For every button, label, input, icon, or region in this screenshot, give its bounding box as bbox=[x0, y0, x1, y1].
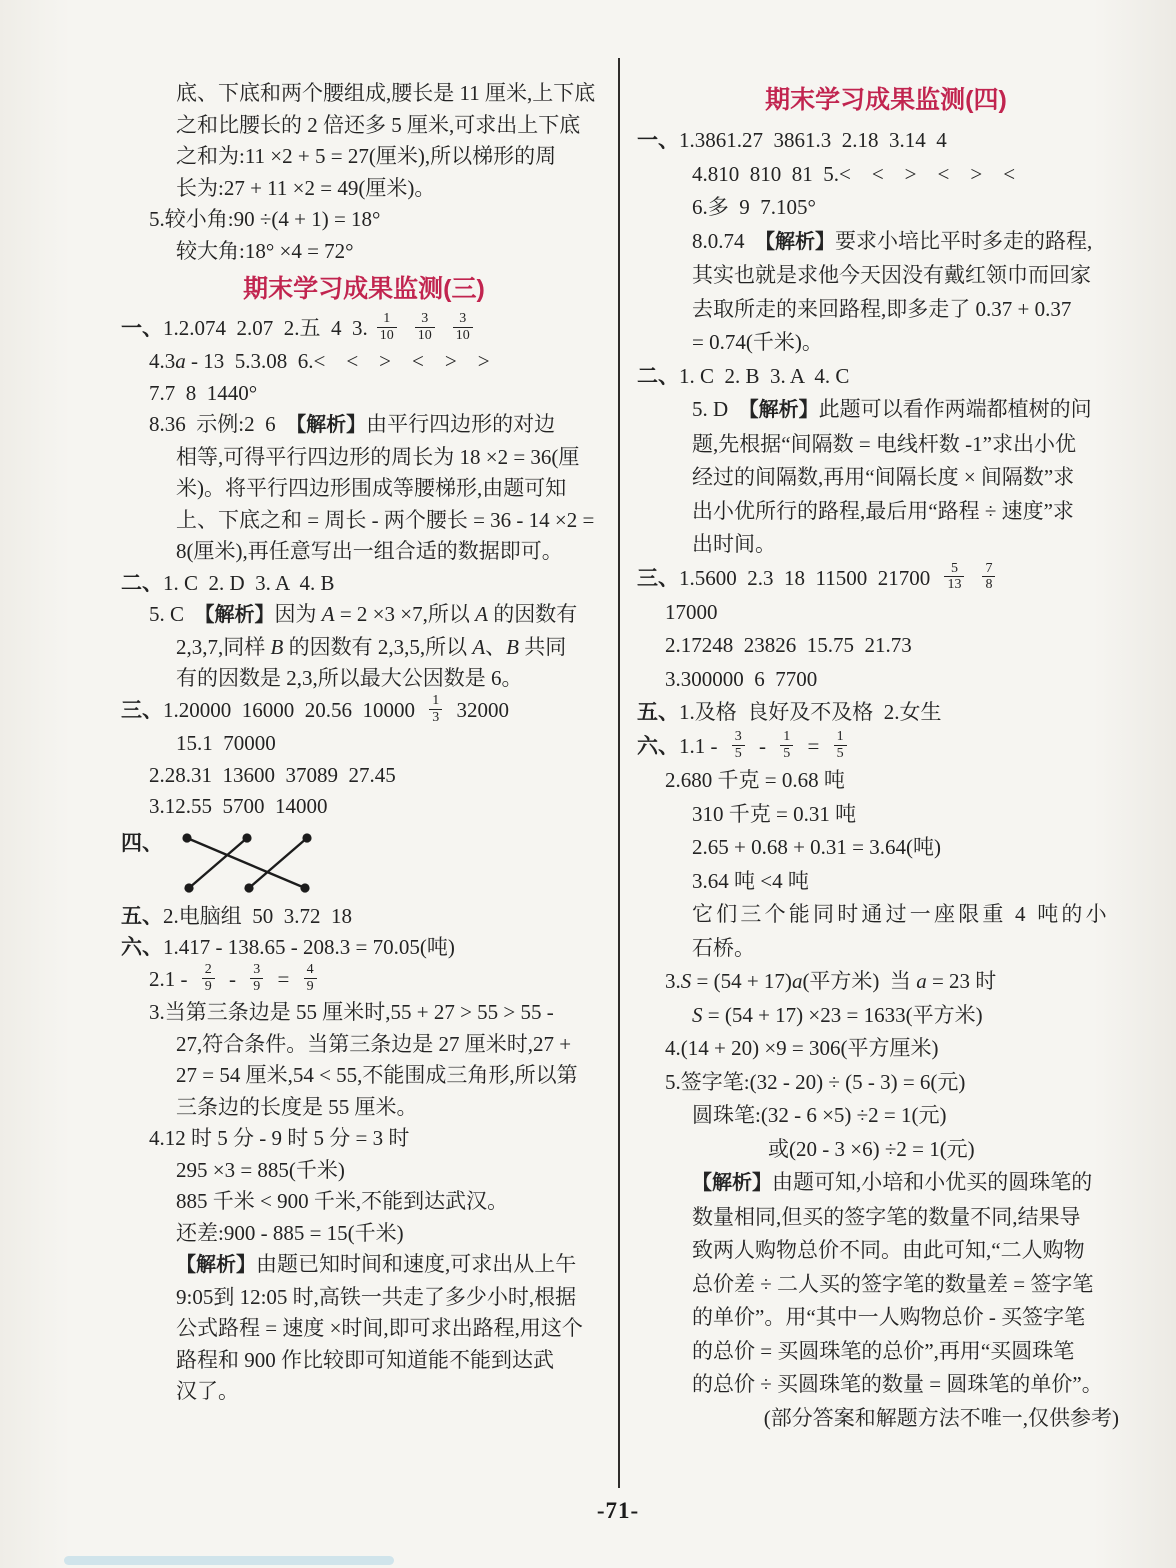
answer-line: 17000 bbox=[637, 596, 1135, 630]
text-run: A bbox=[322, 602, 335, 626]
text-run: 27 = 54 厘米,54 < 55,不能围成三角形,所以第 bbox=[176, 1063, 578, 1087]
text-run: 石桥。 bbox=[692, 936, 755, 960]
section-marker: 二、 bbox=[637, 364, 679, 388]
text-run: 致两人购物总价不同。由此可知,“二人购物 bbox=[692, 1238, 1085, 1262]
fraction-numerator: 3 bbox=[250, 962, 263, 978]
answer-line: 2.65 + 0.68 + 0.31 = 3.64(吨) bbox=[637, 831, 1135, 865]
text-run: 1.5600 2.3 18 11500 21700 bbox=[679, 566, 935, 590]
text-run: 1.2.074 2.07 2.五 4 3. bbox=[163, 316, 368, 340]
text-run: B bbox=[506, 635, 519, 659]
section-heading-term-test-4: 期末学习成果监测(四) bbox=[637, 82, 1135, 118]
text-run: 经过的间隔数,再用“间隔长度 × 间隔数”求 bbox=[692, 465, 1074, 489]
answers-column-left: 底、下底和两个腰组成,腰长是 11 厘米,上下底之和比腰长的 2 倍还多 5 厘… bbox=[121, 78, 607, 1408]
text-run: 3. bbox=[665, 969, 681, 993]
answer-line: 公式路程 = 速度 ×时间,即可求出路程,用这个 bbox=[121, 1313, 607, 1345]
answer-line: 致两人购物总价不同。由此可知,“二人购物 bbox=[637, 1234, 1135, 1268]
answer-line: 二、1. C 2. D 3. A 4. B bbox=[121, 568, 607, 600]
section-marker: 五、 bbox=[637, 700, 679, 724]
text-run: 【解析】 bbox=[692, 1172, 772, 1194]
fraction-denominator: 3 bbox=[429, 709, 442, 726]
text-run: 出小优所行的路程,最后用“路程 ÷ 速度”求 bbox=[692, 499, 1074, 523]
fraction-denominator: 5 bbox=[834, 745, 847, 762]
section-marker: 四、 bbox=[121, 831, 163, 855]
text-run: - bbox=[754, 734, 772, 758]
answer-line: 5.较小角:90 ÷(4 + 1) = 18° bbox=[121, 204, 607, 236]
text-run: 1. C 2. D 3. A 4. B bbox=[163, 571, 335, 595]
text-run: 较大角:18° ×4 = 72° bbox=[176, 239, 354, 263]
answer-line: 它们三个能同时通过一座限重 4 吨的小 bbox=[637, 898, 1135, 932]
answer-line: 885 千米 < 900 千米,不能到达武汉。 bbox=[121, 1186, 607, 1218]
answer-line: 之和为:11 ×2 + 5 = 27(厘米),所以梯形的周 bbox=[121, 141, 607, 173]
answer-line: 三、1.5600 2.3 18 11500 21700 51378 bbox=[637, 562, 1135, 596]
answer-line: 3.64 吨 <4 吨 bbox=[637, 865, 1135, 899]
fraction-denominator: 8 bbox=[982, 576, 995, 593]
column-divider bbox=[618, 58, 620, 1488]
section-marker: 一、 bbox=[637, 128, 679, 152]
text-run: 2.65 + 0.68 + 0.31 = 3.64(吨) bbox=[692, 835, 941, 859]
answer-line: 295 ×3 = 885(千米) bbox=[121, 1155, 607, 1187]
page-number: -71- bbox=[597, 1498, 639, 1524]
text-run: 公式路程 = 速度 ×时间,即可求出路程,用这个 bbox=[176, 1316, 583, 1340]
text-run: 上、下底之和 = 周长 - 两个腰长 = 36 - 14 ×2 = bbox=[176, 508, 594, 532]
answer-line: 五、1.及格 良好及不及格 2.女生 bbox=[637, 696, 1135, 730]
text-run: 1. C 2. B 3. A 4. C bbox=[679, 364, 849, 388]
answer-line: 题,先根据“间隔数 = 电线杆数 -1”求出小优 bbox=[637, 428, 1135, 462]
text-run: 其实也就是求他今天因没有戴红领巾而回家 bbox=[692, 263, 1091, 287]
answer-line: 3.12.55 5700 14000 bbox=[121, 791, 607, 823]
text-run: 2.17248 23826 15.75 21.73 bbox=[665, 633, 912, 657]
answer-line: 4.12 时 5 分 - 9 时 5 分 = 3 时 bbox=[121, 1123, 607, 1155]
text-run: 去取所走的来回路程,即多走了 0.37 + 0.37 bbox=[692, 297, 1071, 321]
answer-line: 去取所走的来回路程,即多走了 0.37 + 0.37 bbox=[637, 293, 1135, 327]
text-run: 题,先根据“间隔数 = 电线杆数 -1”求出小优 bbox=[692, 432, 1076, 456]
text-run: 有的因数是 2,3,所以最大公因数是 6。 bbox=[176, 666, 523, 690]
scan-smudge-artifact bbox=[64, 1556, 394, 1565]
answer-line: 有的因数是 2,3,所以最大公因数是 6。 bbox=[121, 663, 607, 695]
text-run: 由题可知,小培和小优买的圆珠笔的 bbox=[772, 1170, 1092, 1194]
answer-line: 9:05到 12:05 时,高铁一共走了多少小时,根据 bbox=[121, 1282, 607, 1314]
answer-line: = 0.74(千米)。 bbox=[637, 326, 1135, 360]
fraction-denominator: 5 bbox=[732, 745, 745, 762]
text-run: = 2 ×3 ×7,所以 bbox=[335, 602, 476, 626]
answer-line: 27,符合条件。当第三条边是 27 厘米时,27 + bbox=[121, 1029, 607, 1061]
fraction: 15 bbox=[834, 729, 847, 761]
answer-line: 2.28.31 13600 37089 27.45 bbox=[121, 760, 607, 792]
answer-line: 还差:900 - 885 = 15(千米) bbox=[121, 1218, 607, 1250]
text-run: 8.0.74 bbox=[692, 229, 755, 253]
answer-line: 石桥。 bbox=[637, 932, 1135, 966]
fraction-numerator: 7 bbox=[982, 561, 995, 577]
fraction-denominator: 13 bbox=[944, 576, 964, 593]
text-run: 1.20000 16000 20.56 10000 bbox=[163, 698, 420, 722]
text-run: = 23 时 bbox=[927, 969, 997, 993]
fraction: 310 bbox=[453, 311, 473, 343]
text-run: 9:05到 12:05 时,高铁一共走了多少小时,根据 bbox=[176, 1285, 576, 1309]
text-run: 共同 bbox=[519, 635, 566, 659]
text-run: 、 bbox=[485, 635, 506, 659]
text-run: 8(厘米),再任意写出一组合适的数据即可。 bbox=[176, 539, 563, 563]
text-run: (平方米) 当 bbox=[802, 969, 916, 993]
text-run: 还差:900 - 885 = 15(千米) bbox=[176, 1221, 404, 1245]
text-run: B bbox=[271, 635, 284, 659]
text-run: 295 ×3 = 885(千米) bbox=[176, 1158, 345, 1182]
fraction: 110 bbox=[377, 311, 397, 343]
text-run: 1.3861.27 3861.3 2.18 3.14 4 bbox=[679, 128, 947, 152]
answer-line: 底、下底和两个腰组成,腰长是 11 厘米,上下底 bbox=[121, 78, 607, 110]
fraction: 35 bbox=[732, 729, 745, 761]
answer-line: 2.1 - 29 - 39 = 49 bbox=[121, 964, 607, 997]
fraction-numerator: 1 bbox=[780, 729, 793, 745]
text-run: 17000 bbox=[665, 600, 718, 624]
text-run: = bbox=[802, 734, 824, 758]
text-run: 路程和 900 作比较即可知道能不能到达武 bbox=[176, 1348, 554, 1372]
section-marker: 五、 bbox=[121, 904, 163, 928]
fraction: 39 bbox=[250, 962, 263, 994]
text-run: 要求小培比平时多走的路程, bbox=[835, 229, 1092, 253]
text-run: 5. D bbox=[692, 397, 739, 421]
text-run: 8.36 示例:2 6 bbox=[149, 412, 286, 436]
text-run: 5.签字笔:(32 - 20) ÷ (5 - 3) = 6(元) bbox=[665, 1070, 965, 1094]
section-marker: 二、 bbox=[121, 571, 163, 595]
text-run: = (54 + 17) bbox=[691, 969, 792, 993]
section-marker: 六、 bbox=[637, 734, 679, 758]
fraction-numerator: 3 bbox=[415, 311, 435, 327]
answer-line: 六、1.417 - 138.65 - 208.3 = 70.05(吨) bbox=[121, 932, 607, 964]
answer-line: 【解析】由题可知,小培和小优买的圆珠笔的 bbox=[637, 1166, 1135, 1201]
text-run: 4.12 时 5 分 - 9 时 5 分 = 3 时 bbox=[149, 1126, 409, 1150]
match-dot-bottom bbox=[184, 883, 193, 892]
text-run: 310 千克 = 0.31 吨 bbox=[692, 802, 856, 826]
matching-line bbox=[189, 838, 247, 888]
fraction: 78 bbox=[982, 561, 995, 593]
text-run: 的单价”。用“其中一人购物总价 - 买签字笔 bbox=[692, 1305, 1085, 1329]
answer-line: 路程和 900 作比较即可知道能不能到达武 bbox=[121, 1345, 607, 1377]
answer-line: 出小优所行的路程,最后用“路程 ÷ 速度”求 bbox=[637, 495, 1135, 529]
matching-diagram-row: 四、 bbox=[121, 828, 607, 898]
answer-line: 5. D 【解析】此题可以看作两端都植树的问 bbox=[637, 393, 1135, 428]
text-run: 5.较小角:90 ÷(4 + 1) = 18° bbox=[149, 207, 380, 231]
answer-line: 米)。将平行四边形围成等腰梯形,由题可知 bbox=[121, 473, 607, 505]
text-run: 之和为:11 ×2 + 5 = 27(厘米),所以梯形的周 bbox=[176, 144, 556, 168]
answer-line: 六、1.1 - 35 - 15 = 15 bbox=[637, 730, 1135, 764]
text-run: 3.当第三条边是 55 厘米时,55 + 27 > 55 > 55 - bbox=[149, 1000, 554, 1024]
text-run: 2.680 千克 = 0.68 吨 bbox=[665, 768, 845, 792]
text-run: 因为 bbox=[275, 602, 322, 626]
answer-line: 其实也就是求他今天因没有戴红领巾而回家 bbox=[637, 259, 1135, 293]
fraction-numerator: 1 bbox=[377, 311, 397, 327]
heading-text: 期末学习成果监测(三) bbox=[243, 275, 485, 303]
fraction-denominator: 9 bbox=[202, 978, 215, 995]
fraction: 15 bbox=[780, 729, 793, 761]
text-run: 1.1 - bbox=[679, 734, 723, 758]
text-run: 底、下底和两个腰组成,腰长是 11 厘米,上下底 bbox=[176, 81, 595, 105]
section-marker: 三、 bbox=[637, 566, 679, 590]
answer-line: 三条边的长度是 55 厘米。 bbox=[121, 1092, 607, 1124]
answer-line: 经过的间隔数,再用“间隔长度 × 间隔数”求 bbox=[637, 461, 1135, 495]
text-run: 米)。将平行四边形围成等腰梯形,由题可知 bbox=[176, 476, 566, 500]
answer-line: 7.7 8 1440° bbox=[121, 378, 607, 410]
match-dot-top bbox=[182, 833, 191, 842]
match-dot-bottom bbox=[244, 883, 253, 892]
answer-line: 6.多 9 7.105° bbox=[637, 191, 1135, 225]
answer-line: 上、下底之和 = 周长 - 两个腰长 = 36 - 14 ×2 = bbox=[121, 505, 607, 537]
text-run: S bbox=[681, 969, 692, 993]
answer-line: 3.S = (54 + 17)a(平方米) 当 a = 23 时 bbox=[637, 965, 1135, 999]
fraction: 29 bbox=[202, 962, 215, 994]
answer-line: 的总价 = 买圆珠笔的总价”,再用“买圆珠笔 bbox=[637, 1335, 1135, 1369]
text-run: 三条边的长度是 55 厘米。 bbox=[176, 1095, 418, 1119]
fraction-numerator: 3 bbox=[732, 729, 745, 745]
text-run: S bbox=[692, 1003, 703, 1027]
fraction-denominator: 9 bbox=[250, 978, 263, 995]
answer-line: 4.810 810 81 5.< < > < > < bbox=[637, 158, 1135, 192]
fraction-denominator: 5 bbox=[780, 745, 793, 762]
text-run: 【解析】 bbox=[739, 399, 819, 421]
answer-line: 圆珠笔:(32 - 6 ×5) ÷2 = 1(元) bbox=[637, 1099, 1135, 1133]
answer-line: S = (54 + 17) ×23 = 1633(平方米) bbox=[637, 999, 1135, 1033]
match-dot-bottom bbox=[300, 883, 309, 892]
text-run: - bbox=[224, 967, 242, 991]
text-run: 27,符合条件。当第三条边是 27 厘米时,27 + bbox=[176, 1032, 571, 1056]
answer-line: 5.签字笔:(32 - 20) ÷ (5 - 3) = 6(元) bbox=[637, 1066, 1135, 1100]
answers-column-right: 期末学习成果监测(四)一、1.3861.27 3861.3 2.18 3.14 … bbox=[637, 78, 1135, 1435]
answer-line: 15.1 70000 bbox=[121, 728, 607, 760]
text-run: 3.300000 6 7700 bbox=[665, 667, 817, 691]
answer-line: 或(20 - 3 ×6) ÷2 = 1(元) bbox=[637, 1133, 1135, 1167]
answer-line: 五、2.电脑组 50 3.72 18 bbox=[121, 901, 607, 933]
text-run: 1.417 - 138.65 - 208.3 = 70.05(吨) bbox=[163, 935, 455, 959]
fraction-denominator: 10 bbox=[415, 327, 435, 344]
answer-line: 二、1. C 2. B 3. A 4. C bbox=[637, 360, 1135, 394]
answer-line: 数量相同,但买的签字笔的数量不同,结果导 bbox=[637, 1201, 1135, 1235]
fraction-numerator: 3 bbox=[453, 311, 473, 327]
answer-line: 8.36 示例:2 6 【解析】由平行四边形的对边 bbox=[121, 409, 607, 442]
answer-line: 汉了。 bbox=[121, 1376, 607, 1408]
scanned-answer-page: { "page": { "background": "#f5f4f0", "he… bbox=[0, 0, 1176, 1568]
text-run: (部分答案和解题方法不唯一,仅供参考) bbox=[764, 1406, 1119, 1430]
text-run: 此题可以看作两端都植树的问 bbox=[819, 397, 1092, 421]
fraction-denominator: 10 bbox=[453, 327, 473, 344]
text-run: 885 千米 < 900 千米,不能到达武汉。 bbox=[176, 1189, 508, 1213]
text-run: 3.12.55 5700 14000 bbox=[149, 794, 328, 818]
text-run: 15.1 70000 bbox=[176, 731, 276, 755]
text-run: = (54 + 17) ×23 = 1633(平方米) bbox=[703, 1003, 983, 1027]
text-run: a bbox=[916, 969, 927, 993]
answer-line: 总价差 ÷ 二人买的签字笔的数量差 = 签字笔 bbox=[637, 1268, 1135, 1302]
fraction-numerator: 4 bbox=[304, 962, 317, 978]
text-run: = 0.74(千米)。 bbox=[692, 330, 823, 354]
answer-line: 3.300000 6 7700 bbox=[637, 663, 1135, 697]
answer-line: 2.17248 23826 15.75 21.73 bbox=[637, 629, 1135, 663]
text-run: 汉了。 bbox=[176, 1379, 239, 1403]
text-run: 32000 bbox=[451, 698, 509, 722]
text-run: 【解析】 bbox=[755, 231, 835, 253]
fraction-numerator: 1 bbox=[429, 693, 442, 709]
section-marker: 一、 bbox=[121, 316, 163, 340]
text-run: 的因数有 2,3,5,所以 bbox=[283, 635, 472, 659]
answer-line: 出时间。 bbox=[637, 528, 1135, 562]
answer-line: 一、1.2.074 2.07 2.五 4 3.110310310 bbox=[121, 313, 607, 346]
text-run: a bbox=[792, 969, 803, 993]
answer-line: 的单价”。用“其中一人购物总价 - 买签字笔 bbox=[637, 1301, 1135, 1335]
text-run: 【解析】 bbox=[176, 1254, 256, 1276]
text-run: 4.810 810 81 5.< < > < > < bbox=[692, 162, 1015, 186]
answer-line: 长为:27 + 11 ×2 = 49(厘米)。 bbox=[121, 173, 607, 205]
fraction-numerator: 1 bbox=[834, 729, 847, 745]
text-run: 3.64 吨 <4 吨 bbox=[692, 869, 809, 893]
matching-lines-diagram bbox=[173, 828, 325, 898]
fraction: 310 bbox=[415, 311, 435, 343]
answer-line: 5. C 【解析】因为 A = 2 ×3 ×7,所以 A 的因数有 bbox=[121, 599, 607, 632]
matching-line bbox=[187, 838, 305, 888]
text-run: 数量相同,但买的签字笔的数量不同,结果导 bbox=[692, 1205, 1081, 1229]
text-run: a bbox=[175, 349, 186, 373]
text-run: 相等,可得平行四边形的周长为 18 ×2 = 36(厘 bbox=[176, 445, 579, 469]
text-run: 圆珠笔:(32 - 6 ×5) ÷2 = 1(元) bbox=[692, 1103, 947, 1127]
fraction-denominator: 10 bbox=[377, 327, 397, 344]
text-run: 4.3 bbox=[149, 349, 175, 373]
text-run: 【解析】 bbox=[195, 604, 275, 626]
answer-line: 3.当第三条边是 55 厘米时,55 + 27 > 55 > 55 - bbox=[121, 997, 607, 1029]
heading-text: 期末学习成果监测(四) bbox=[765, 86, 1007, 114]
answer-line: 4.3a - 13 5.3.08 6.< < > < > > bbox=[121, 346, 607, 378]
section-heading-term-test-3: 期末学习成果监测(三) bbox=[121, 271, 607, 307]
answer-line: 较大角:18° ×4 = 72° bbox=[121, 236, 607, 268]
text-run: 2.电脑组 50 3.72 18 bbox=[163, 904, 352, 928]
section-marker: 三、 bbox=[121, 698, 163, 722]
answer-line: 27 = 54 厘米,54 < 55,不能围成三角形,所以第 bbox=[121, 1060, 607, 1092]
fraction-numerator: 2 bbox=[202, 962, 215, 978]
text-run: 之和比腰长的 2 倍还多 5 厘米,可求出上下底 bbox=[176, 113, 580, 137]
answer-line: 一、1.3861.27 3861.3 2.18 3.14 4 bbox=[637, 124, 1135, 158]
text-run: 的总价 = 买圆珠笔的总价”,再用“买圆珠笔 bbox=[692, 1339, 1074, 1363]
text-run: A bbox=[472, 635, 485, 659]
text-run: - 13 5.3.08 6.< < > < > > bbox=[186, 349, 490, 373]
text-run: 5. C bbox=[149, 602, 195, 626]
answer-line: 8(厘米),再任意写出一组合适的数据即可。 bbox=[121, 536, 607, 568]
answer-line: 相等,可得平行四边形的周长为 18 ×2 = 36(厘 bbox=[121, 442, 607, 474]
text-run: 2.28.31 13600 37089 27.45 bbox=[149, 763, 396, 787]
text-run: 的因数有 bbox=[488, 602, 577, 626]
answer-line: 2.680 千克 = 0.68 吨 bbox=[637, 764, 1135, 798]
fraction: 49 bbox=[304, 962, 317, 994]
text-run: A bbox=[475, 602, 488, 626]
answer-line: 的总价 ÷ 买圆珠笔的数量 = 圆珠笔的单价”。 bbox=[637, 1368, 1135, 1402]
section-marker: 六、 bbox=[121, 935, 163, 959]
text-run: = bbox=[272, 967, 294, 991]
text-run: 【解析】 bbox=[286, 414, 366, 436]
fraction-numerator: 5 bbox=[944, 561, 964, 577]
answer-line: 4.(14 + 20) ×9 = 306(平方厘米) bbox=[637, 1032, 1135, 1066]
answer-line: 三、1.20000 16000 20.56 10000 13 32000 bbox=[121, 695, 607, 728]
text-run: 由题已知时间和速度,可求出从上午 bbox=[256, 1252, 576, 1276]
text-run: 1.及格 良好及不及格 2.女生 bbox=[679, 700, 942, 724]
match-dot-top bbox=[242, 833, 251, 842]
answer-line: 8.0.74 【解析】要求小培比平时多走的路程, bbox=[637, 225, 1135, 260]
text-run: 2.1 - bbox=[149, 967, 193, 991]
fraction: 513 bbox=[944, 561, 964, 593]
text-run: 或(20 - 3 ×6) ÷2 = 1(元) bbox=[768, 1137, 975, 1161]
answer-line: 之和比腰长的 2 倍还多 5 厘米,可求出上下底 bbox=[121, 110, 607, 142]
answer-line: 2,3,7,同样 B 的因数有 2,3,5,所以 A、B 共同 bbox=[121, 632, 607, 664]
text-run: 6.多 9 7.105° bbox=[692, 195, 816, 219]
text-run: 总价差 ÷ 二人买的签字笔的数量差 = 签字笔 bbox=[692, 1272, 1093, 1296]
text-run: 的总价 ÷ 买圆珠笔的数量 = 圆珠笔的单价”。 bbox=[692, 1372, 1103, 1396]
text-run: 它们三个能同时通过一座限重 4 吨的小 bbox=[692, 902, 1110, 926]
text-run: 7.7 8 1440° bbox=[149, 381, 257, 405]
answer-line: 【解析】由题已知时间和速度,可求出从上午 bbox=[121, 1249, 607, 1282]
answer-line: (部分答案和解题方法不唯一,仅供参考) bbox=[637, 1402, 1135, 1436]
answer-line: 310 千克 = 0.31 吨 bbox=[637, 798, 1135, 832]
fraction: 13 bbox=[429, 693, 442, 725]
fraction-denominator: 9 bbox=[304, 978, 317, 995]
text-run: 长为:27 + 11 ×2 = 49(厘米)。 bbox=[176, 176, 435, 200]
text-run: 由平行四边形的对边 bbox=[366, 412, 555, 436]
text-run: 出时间。 bbox=[692, 532, 776, 556]
text-run: 4.(14 + 20) ×9 = 306(平方厘米) bbox=[665, 1036, 939, 1060]
text-run: 2,3,7,同样 bbox=[176, 635, 271, 659]
match-dot-top bbox=[302, 833, 311, 842]
matching-line bbox=[249, 838, 307, 888]
